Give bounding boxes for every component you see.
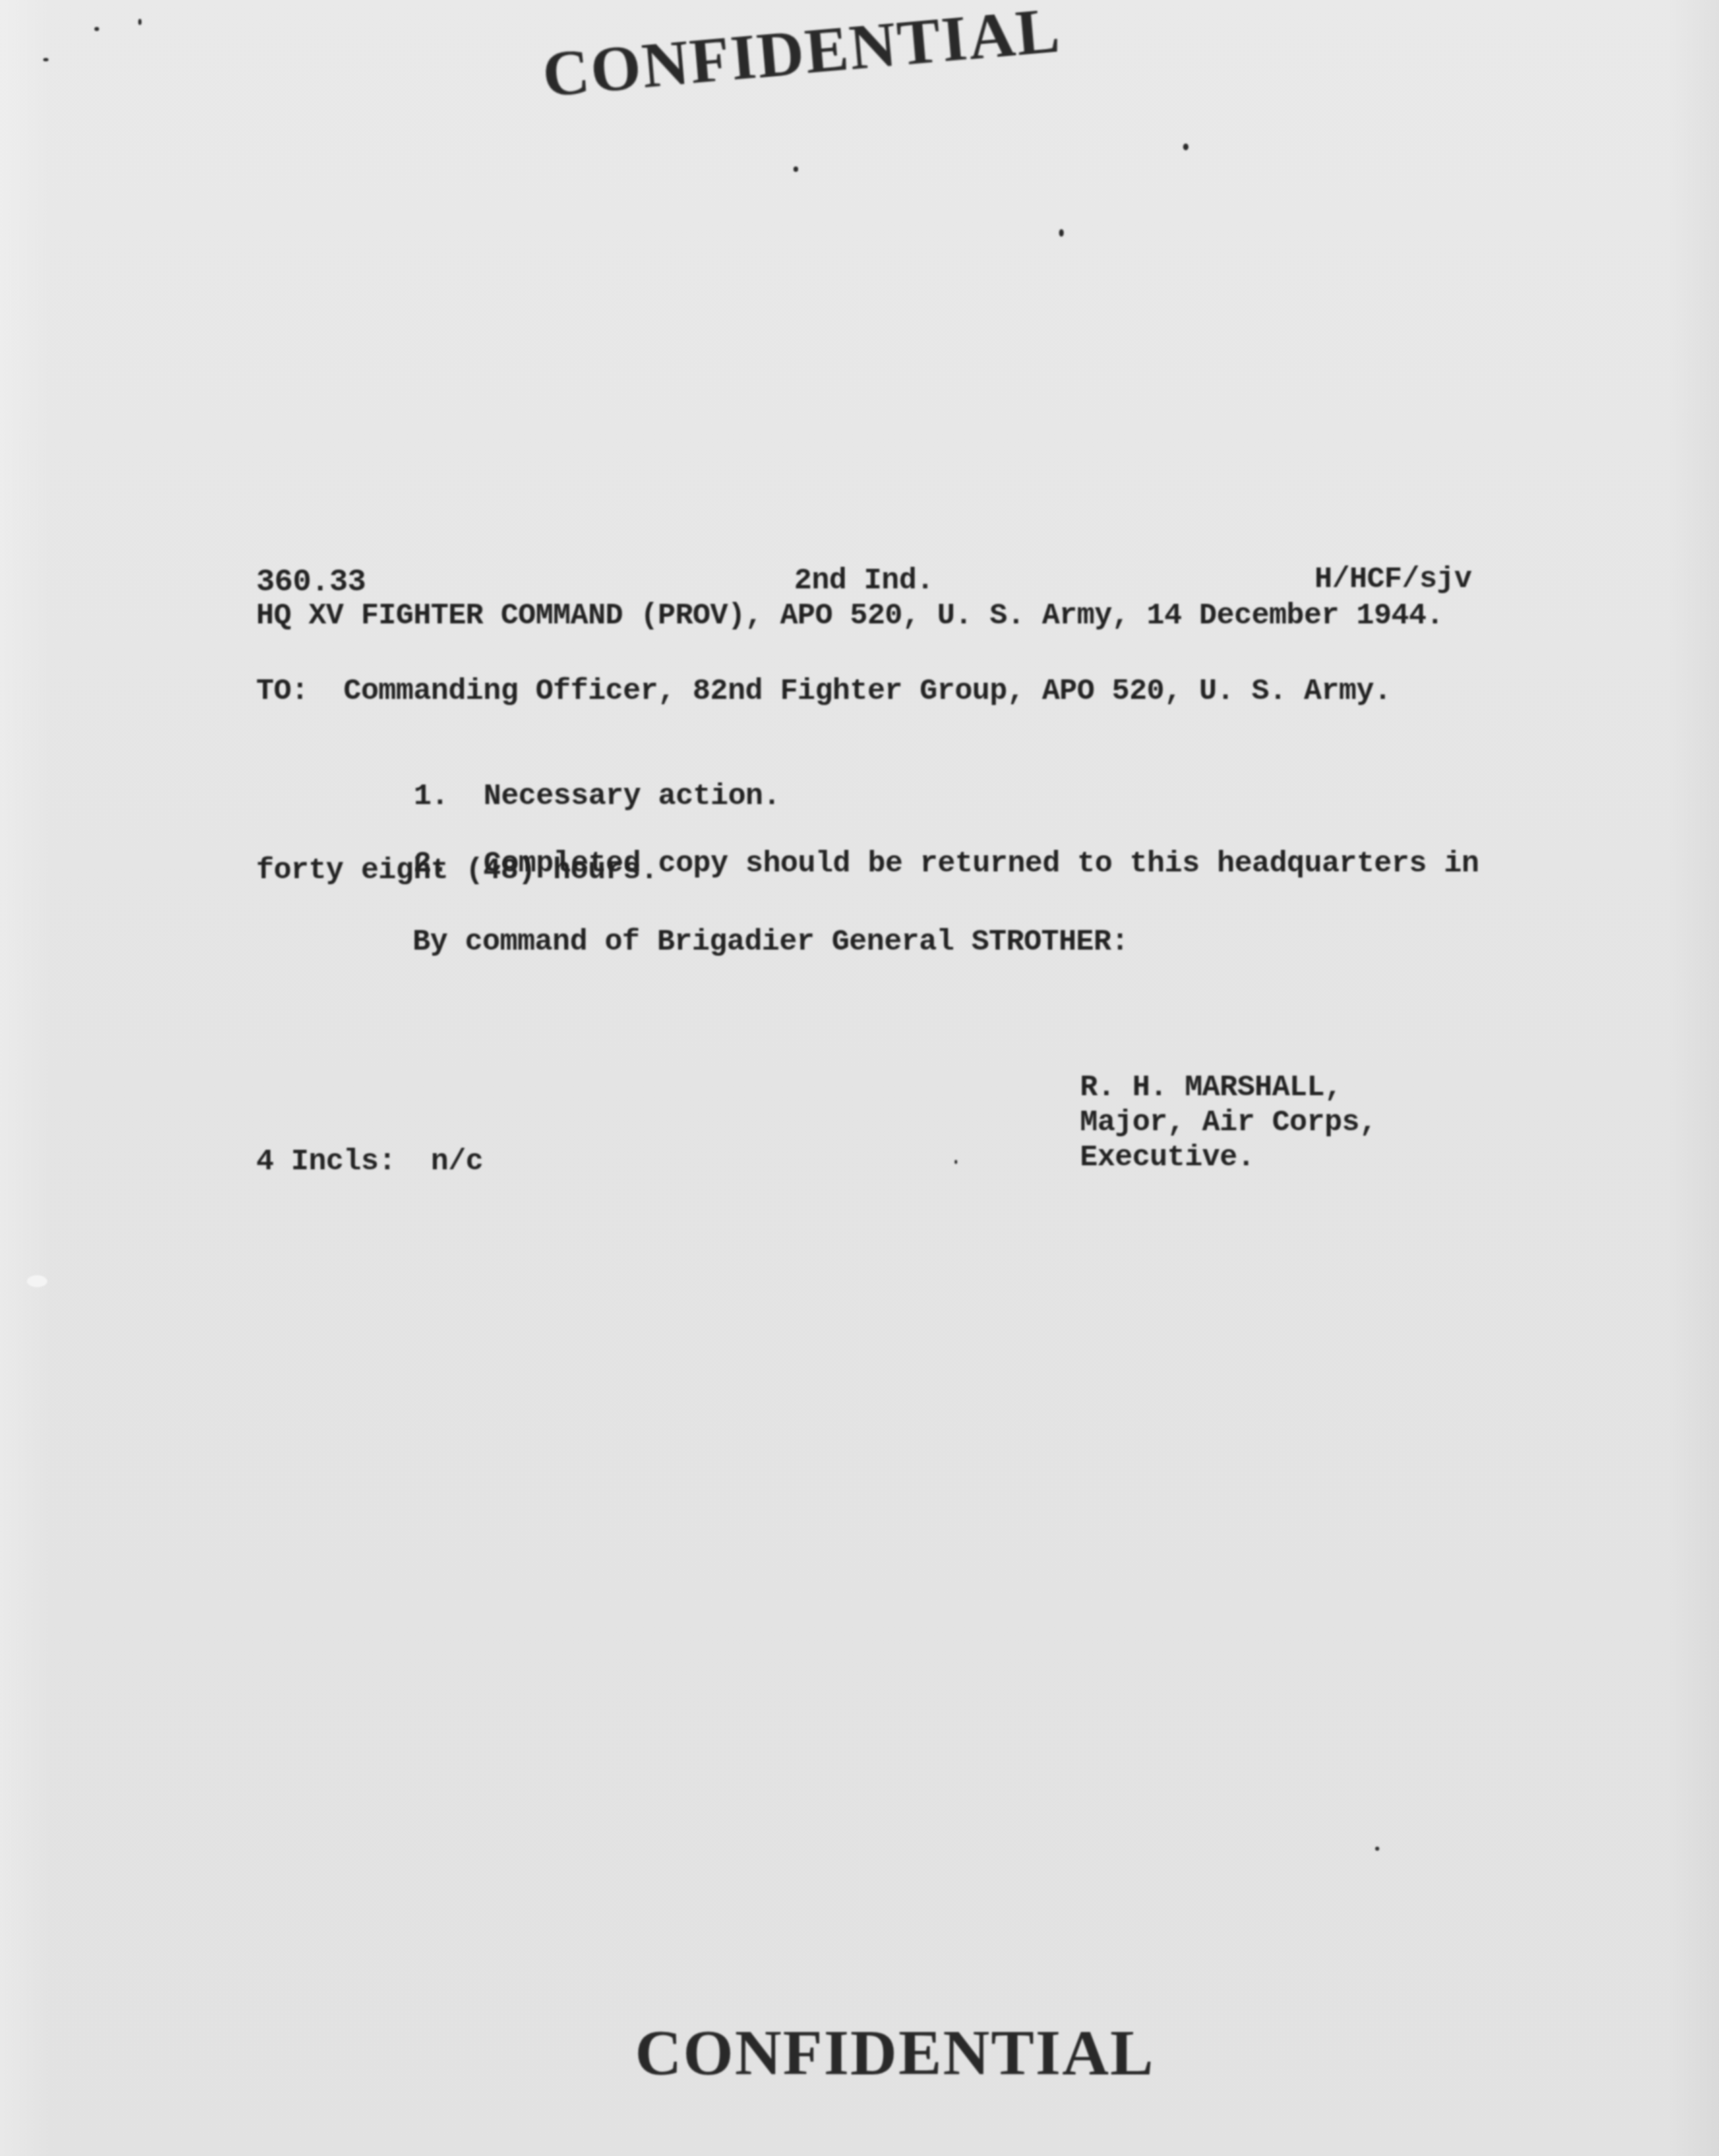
inclosures-note: 4 Incls: n/c bbox=[256, 1144, 483, 1179]
paragraph-number: 1. bbox=[414, 780, 449, 813]
ink-speck bbox=[793, 166, 798, 172]
ink-speck bbox=[138, 19, 142, 25]
signature-name: R. H. MARSHALL, bbox=[1080, 1070, 1342, 1105]
ink-speck bbox=[1183, 144, 1188, 150]
signature-rank: Major, Air Corps, bbox=[1080, 1105, 1377, 1140]
authority-line: By command of Brigadier General STROTHER… bbox=[413, 925, 1128, 960]
ink-speck bbox=[94, 27, 99, 31]
ink-speck bbox=[1059, 229, 1064, 237]
signature-title: Executive. bbox=[1080, 1140, 1255, 1175]
reference-initials: H/HCF/sjv bbox=[1315, 562, 1472, 597]
classification-stamp-bottom: CONFIDENTIAL bbox=[635, 2015, 1155, 2090]
ink-speck bbox=[1375, 1847, 1379, 1851]
ink-speck bbox=[27, 1275, 47, 1287]
addressee-line: TO: Commanding Officer, 82nd Fighter Gro… bbox=[256, 674, 1391, 709]
indorsement-label: 2nd Ind. bbox=[794, 563, 934, 598]
ink-speck bbox=[955, 1160, 957, 1164]
header-line: HQ XV FIGHTER COMMAND (PROV), APO 520, U… bbox=[256, 598, 1444, 634]
classification-stamp-top: CONFIDENTIAL bbox=[539, 0, 1064, 112]
paragraph-2-continuation: forty eight (48) hours. bbox=[256, 853, 658, 888]
paragraph-text: Necessary action. bbox=[483, 780, 780, 813]
file-number: 360.33 bbox=[256, 565, 366, 600]
document-page: CONFIDENTIAL 360.33 2nd Ind. H/HCF/sjv H… bbox=[0, 0, 1719, 2156]
ink-speck bbox=[43, 58, 49, 61]
